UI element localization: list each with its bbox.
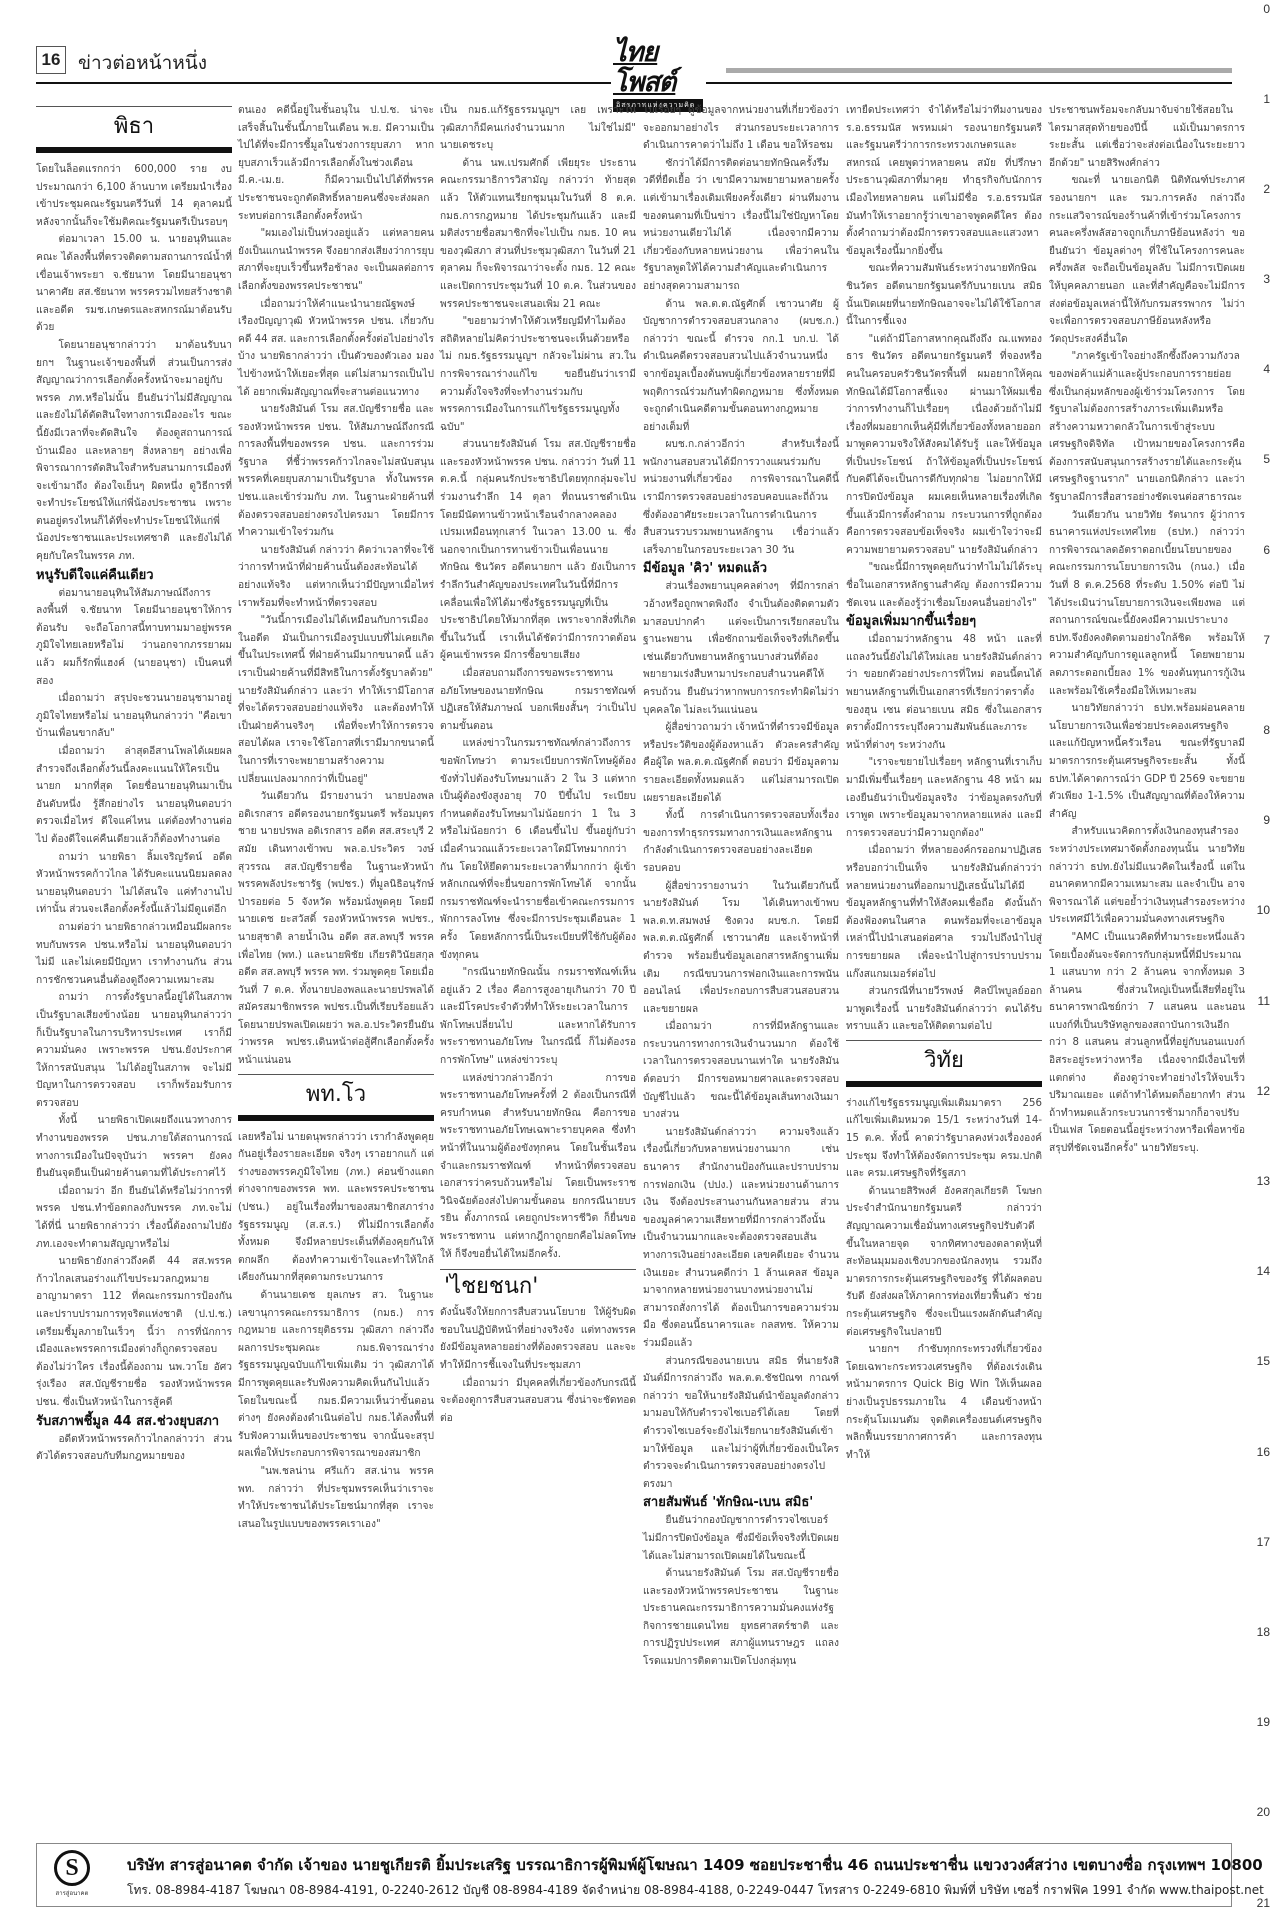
ruler-mark: 21 [1257,1896,1270,1910]
paragraph: "แต่ถ้ามีโอกาสหากคุณถึงถึง ณ.แพทองธาร ชิ… [846,331,1042,560]
paragraph: เมื่อถามว่า มีบุคคลที่เกี่ยวข้องกับกรณีน… [440,1375,636,1428]
paragraph: ขณะที่ความสัมพันธ์ระหว่างนายทักษิณ ชินวั… [846,260,1042,330]
paragraph: ถามต่อว่า นายพิธากล่าวเหมือนมีผลกระทบกับ… [36,919,232,989]
paragraph: วันเดียวกัน นายวิทัย รัตนากร ผู้ว่าการธน… [1049,507,1245,701]
paragraph: เมื่อถามว่า ที่หลายองค์กรออกมาปฏิเสธหรือ… [846,842,1042,983]
paragraph: เมื่อถามว่า การที่มีหลักฐานและกระบวนการท… [643,1018,839,1124]
ruler-mark: 10 [1257,903,1270,917]
paragraph: ถามว่า นายพิธา ลิ้มเจริญรัตน์ อดีตหัวหน้… [36,849,232,919]
ruler-mark: 4 [1263,362,1270,376]
ruler-mark: 13 [1257,1174,1270,1188]
page-header: 16 ข่าวต่อหน้าหนึ่ง ไทยโพสต์ อิสรภาพแห่ง… [36,38,1232,88]
ruler-mark: 14 [1257,1264,1270,1278]
paragraph: วันเดียวกัน มีรายงานว่า นายปองพล อดิเรกส… [238,788,434,1070]
imprint-line-2: โทร. 08-8984-4187 โฆษณา 08-8984-4191, 0-… [127,1881,1264,1900]
paragraph: ด้านนายรังสิมันต์ โรม สส.บัญชีรายชื่อและ… [643,1565,839,1671]
ruler-mark: 7 [1263,633,1270,647]
article-column-1: พิธา โดยในล็อตแรกกว่า 600,000 ราย งบประม… [36,102,232,1466]
paragraph: ไปเรื่อยๆ ดูข้อมูลจากหน่วยงานที่เกี่ยวข้… [643,102,839,155]
paragraph: นายกฯ กำชับทุกกระทรวงที่เกี่ยวข้อง โดยเฉ… [846,1341,1042,1464]
paragraph: "เราจะขยายไปเรื่อยๆ หลักฐานที่เราเก็บมาม… [846,754,1042,842]
ruler-mark: 17 [1257,1535,1270,1549]
paragraph: โดยในล็อตแรกกว่า 600,000 ราย งบประมาณกว่… [36,161,232,231]
article-column-5: เทายืดประเทศว่า จำได้หรือไม่ว่าทีมงานของ… [846,102,1042,1464]
ruler-mark: 18 [1257,1625,1270,1639]
paragraph: สำหรับแนวคิดการตั้งเงินกองทุนสำรองระหว่า… [1049,823,1245,929]
paragraph: "นพ.ชลน่าน ศรีแก้ว สส.น่าน พรรค พท. กล่า… [238,1463,434,1533]
imprint-line-1: บริษัท สารสู่อนาคต จำกัด เจ้าของ นายชูเก… [127,1853,1263,1877]
paragraph: นายพิธายังกล่าวถึงคดี 44 สส.พรรคก้าวไกลเ… [36,1253,232,1411]
publisher-logo: สารสู่อนาคต [47,1850,97,1902]
paragraph: นายรังสิมันต์ กล่าวว่า คิดว่าเวลาที่จะใช… [238,542,434,612]
paragraph: "ผมเองไม่เป็นห่วงอยู่แล้ว แต่หลายคนยังเป… [238,225,434,295]
paragraph: ถามว่า การตั้งรัฐบาลนี้อยู่ได้ในสภาพเป็น… [36,989,232,1112]
paragraph: "ขณะนี้มีการพูดคุยกันว่าทำไมไม่ได้ระบุชื… [846,559,1042,612]
paragraph: ผบช.ก.กล่าวอีกว่า สำหรับเรื่องนี้พนักงาน… [643,436,839,559]
paragraph: ต่อมานายอนุทินให้สัมภาษณ์ถึงการลงพื้นที่… [36,585,232,691]
paragraph: เมื่อถามว่าหลักฐาน 48 หน้า และที่แถลงวัน… [846,631,1042,754]
article-column-6: ประชาชนพร้อมจะกลับมาจับจ่ายใช้สอยในไตรมา… [1049,102,1245,1158]
box-heading: พิธา [36,106,232,153]
paragraph: เมื่อถามว่าให้คำแนะนำนายณัฐพงษ์ เรืองปัญ… [238,296,434,402]
paragraph: นายรังสิมันต์ โรม สส.บัญชีรายชื่อ และรอง… [238,401,434,542]
paragraph: ร่างแก้ไขรัฐธรรมนูญเพิ่มเติมมาตรา 256 แก… [846,1095,1042,1183]
masthead-logo: ไทยโพสต์ อิสรภาพแห่งความคิด [613,38,703,84]
paragraph: ต่อมาเวลา 15.00 น. นายอนุทินและคณะ ได้ลง… [36,231,232,337]
ruler-mark: 11 [1258,994,1270,1008]
page-number: 16 [36,46,66,74]
paragraph: ยืนยันว่ากองบัญชาการตำรวจไซเบอร์ไม่มีการ… [643,1512,839,1565]
ruler-mark: 20 [1257,1805,1270,1819]
ruler-mark: 0 [1263,2,1270,16]
paragraph: เมื่อถามว่า ล่าสุดอีสานโพลได้เผยผลสำรวจถ… [36,743,232,849]
paragraph: เมื่อถามว่า อีก ยืนยันได้หรือไม่ว่าการที… [36,1183,232,1253]
subheading: สายสัมพันธ์ 'ทักษิณ-เบน สมิธ' [643,1493,839,1512]
paragraph: ซักว่าได้มีการติดต่อนายทักษิณครั้งรึมวดี… [643,155,839,296]
box-heading: พท.โว [238,1074,434,1121]
paragraph: ส่วนเรื่องพยานบุคคลต่างๆ ที่มีการกล่าวอ้… [643,578,839,719]
publisher-logo-icon [54,1850,90,1886]
page-ruler: 0 1 2 3 4 5 6 7 8 9 10 11 12 13 14 15 16… [1240,0,1286,1920]
box-heading: วิทัย [846,1040,1042,1087]
subheading: หนูรับดีใจแค่คืนเดียว [36,566,232,585]
ruler-mark: 19 [1257,1715,1270,1729]
paragraph: ส่วนกรณีที่นายวีรพงษ์ ศิลป์ไพบูลย์ออกมาพ… [846,983,1042,1036]
ruler-mark: 16 [1257,1445,1270,1459]
header-rule-left [36,82,611,84]
ruler-mark: 8 [1263,723,1270,737]
paragraph: ส่วนนายรังสิมันต์ โรม สส.บัญชีรายชื่อ แล… [440,436,636,665]
paragraph: อดีตหัวหน้าพรรคก้าวไกลกล่าวว่า ส่วนตัวได… [36,1431,232,1466]
ruler-mark: 9 [1263,813,1270,827]
paragraph: ทั้งนี้ การดำเนินการตรวจสอบทั้งเรื่องของ… [643,807,839,877]
paragraph: ผู้สื่อข่าวถามว่า เจ้าหน้าที่ตำรวจมีข้อม… [643,719,839,807]
paragraph: ส่วนกรณีของนายเบน สมิธ ที่นายรังสิมันต์ม… [643,1353,839,1494]
subheading: รับสภาพชี้มูล 44 สส.ช่วงยุบสภา [36,1412,232,1431]
header-rule-right [706,82,1232,84]
paragraph: ทั้งนี้ นายพิธาเปิดเผยถึงแนวทางการทำงานข… [36,1112,232,1182]
paragraph: เลยหรือไม่ นายดนุพรกล่าวว่า เรากำลังพูดค… [238,1129,434,1287]
ruler-mark: 1 [1263,92,1270,106]
paragraph: ด้านนายเดช ยุลเกษร สว. ในฐานะเลขานุการคณ… [238,1287,434,1463]
article-column-2: ตนเอง คดีนี้อยู่ในชั้นอนุใน ป.ป.ช. น่าจะ… [238,102,434,1533]
paragraph: ประชาชนพร้อมจะกลับมาจับจ่ายใช้สอยในไตรมา… [1049,102,1245,172]
section-title: ข่าวต่อหน้าหนึ่ง [78,48,207,78]
paragraph: ด้าน พล.ต.ต.ณัฐศักดิ์ เชาวนาศัย ผู้บัญชา… [643,296,839,437]
paragraph: "ขอยามว่าทำให้ตัวเหรียญมีทำไมต้องสถิติหล… [440,313,636,436]
paragraph: ด้านนายสิริพงศ์ อังคสกุลเกียรติ โฆษกประจ… [846,1183,1042,1341]
article-column-4: ไปเรื่อยๆ ดูข้อมูลจากหน่วยงานที่เกี่ยวข้… [643,102,839,1671]
paragraph: แหล่งข่าวกล่าวอีกว่า การขอพระราชทานอภัยโ… [440,1070,636,1264]
paragraph: ขณะที่ นายเอกนิติ นิติทัณฑ์ประภาศ รองนาย… [1049,172,1245,348]
ruler-mark: 5 [1263,452,1270,466]
paragraph: เมื่อถามว่า สรุปจะชวนนายอนุชามาอยู่ภูมิใ… [36,690,232,743]
paragraph: ผู้สื่อข่าวรายงานว่า ในวันเดียวกันนี้ นา… [643,878,839,1019]
paragraph: "ภาครัฐเข้าใจอย่างลึกซึ้งถึงความกังวลของ… [1049,348,1245,506]
ruler-mark: 3 [1263,272,1270,286]
paragraph: เมื่อสอบถามถึงการขอพระราชทานอภัยโทษของนา… [440,665,636,735]
publisher-logo-caption: สารสู่อนาคต [47,1888,97,1898]
subheading: มีข้อมูล 'คิว' หมดแล้ว [643,559,839,578]
logo-text: ไทยโพสต์ [613,38,703,98]
header-rule-gray [726,68,1232,73]
paragraph: ด้าน นพ.เปรมศักดิ์ เพียยุระ ประธานคณะกรร… [440,155,636,313]
newspaper-page: 16 ข่าวต่อหน้าหนึ่ง ไทยโพสต์ อิสรภาพแห่ง… [0,0,1240,1920]
paragraph: ตนเอง คดีนี้อยู่ในชั้นอนุใน ป.ป.ช. น่าจะ… [238,102,434,225]
paragraph: เป็น กมธ.แก้รัฐธรรมนูญฯ เลย เพราะในวุฒิส… [440,102,636,155]
paragraph: นายวิทัยกล่าวว่า ธปท.พร้อมผ่อนคลายนโยบาย… [1049,700,1245,823]
article-column-3: เป็น กมธ.แก้รัฐธรรมนูญฯ เลย เพราะในวุฒิส… [440,102,636,1427]
paragraph: แหล่งข่าวในกรมราชทัณฑ์กล่าวถึงการขอพักโท… [440,735,636,964]
paragraph: "AMC เป็นแนวคิดที่ทำมาระยะหนึ่งแล้ว โดยเ… [1049,929,1245,1158]
paragraph: นายรังสิมันต์กล่าวว่า ความจริงแล้วเรื่อง… [643,1124,839,1353]
subheading: ข้อมูลเพิ่มมากขึ้นเรื่อยๆ [846,612,1042,631]
ruler-mark: 15 [1257,1354,1270,1368]
paragraph: โดยนายอนุชากล่าวว่า มาต้อนรับนายกฯ ในฐาน… [36,337,232,566]
paragraph: "กรณีนายทักษิณนั้น กรมราชทัณฑ์เห็นอยู่แล… [440,964,636,1070]
paragraph: ดังนั้นจึงให้ยกการสืบสวนนโยบาย ให้ผู้รับ… [440,1304,636,1374]
ruler-mark: 12 [1257,1084,1270,1098]
publisher-imprint: สารสู่อนาคต บริษัท สารสู่อนาคต จำกัด เจ้… [36,1843,1232,1907]
ruler-mark: 2 [1263,182,1270,196]
ruler-mark: 6 [1263,543,1270,557]
paragraph: เทายืดประเทศว่า จำได้หรือไม่ว่าทีมงานของ… [846,102,1042,260]
box-heading: 'ไชยชนก' [440,1269,636,1304]
paragraph: "วันนี้การเมืองไม่ได้เหมือนกับการเมืองใน… [238,612,434,788]
